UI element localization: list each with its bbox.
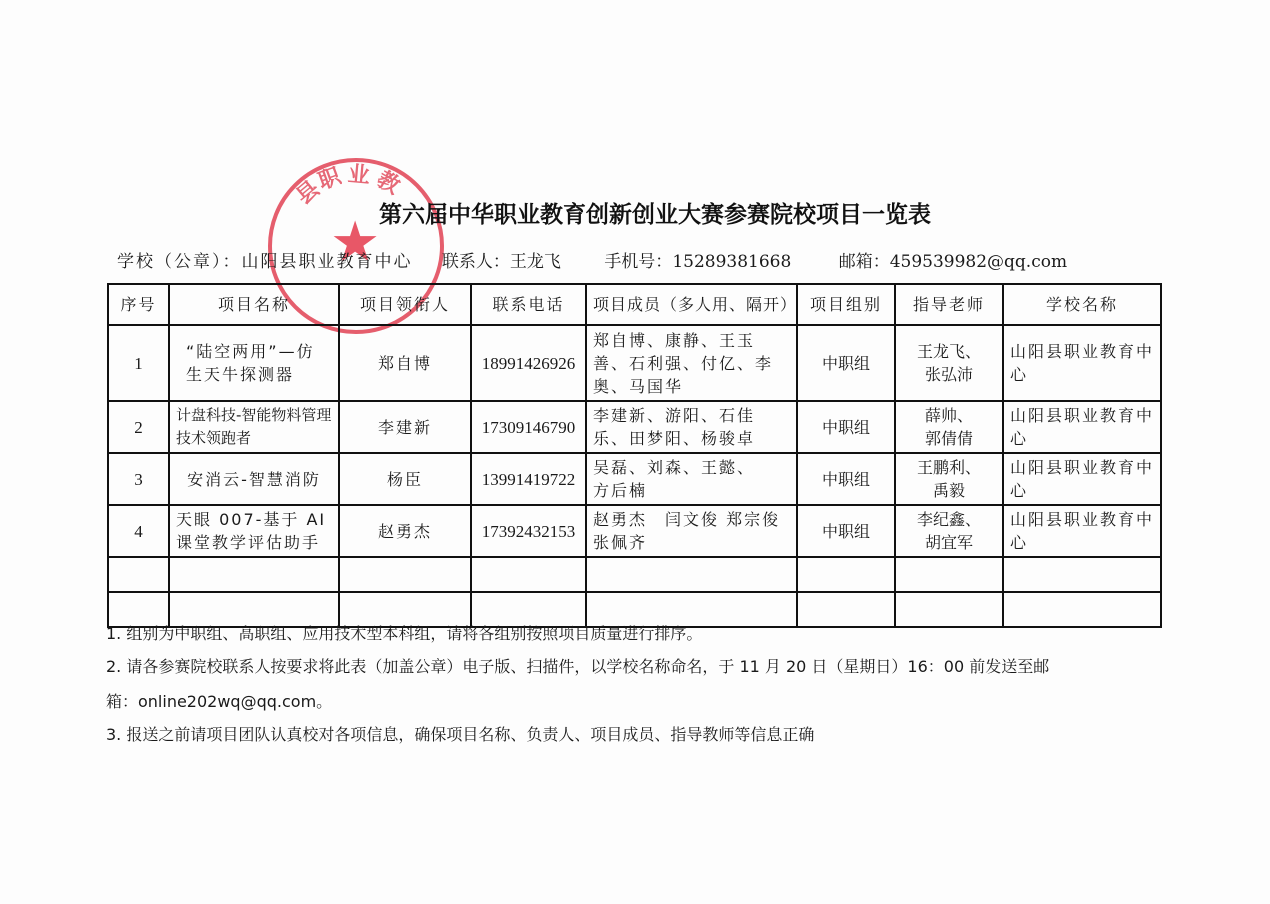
cell-advisors: 王鹏利、禹毅 [895, 453, 1003, 505]
header-index: 序号 [108, 284, 169, 325]
cell-index: 2 [108, 401, 169, 453]
empty-cell [471, 557, 586, 592]
cell-project-name: 安消云-智慧消防 [169, 453, 339, 505]
cell-phone: 13991419722 [471, 453, 586, 505]
header-project-name: 项目名称 [169, 284, 339, 325]
empty-cell [797, 557, 895, 592]
cell-members: 赵勇杰 闫文俊 郑宗俊 张佩齐 [586, 505, 797, 557]
cell-group: 中职组 [797, 505, 895, 557]
cell-advisors: 王龙飞、张弘沛 [895, 325, 1003, 401]
cell-school: 山阳县职业教育中心 [1003, 505, 1161, 557]
cell-group: 中职组 [797, 453, 895, 505]
cell-index: 1 [108, 325, 169, 401]
cell-index: 4 [108, 505, 169, 557]
cell-phone: 17309146790 [471, 401, 586, 453]
email-value: 459539982@qq.com [890, 252, 1067, 272]
phone-label: 手机号： [604, 247, 672, 272]
seal-char: 职 [313, 159, 344, 196]
note-1: 1. 组别为中职组、高职组、应用技术型本科组，请将各组别按照项目质量进行排序。 [106, 621, 702, 644]
table-header-row: 序号 项目名称 项目领衔人 联系电话 项目成员（多人用、隔开） 项目组别 指导老… [108, 284, 1161, 325]
empty-cell [586, 557, 797, 592]
school-info-line: 学校（公章）：山阳县职业教育中心 联系人：王龙飞 手机号：15289381668… [117, 247, 1067, 272]
school-label: 学校（公章）： [117, 247, 242, 272]
note-2-line-2: 箱：online202wq@qq.com。 [106, 689, 332, 712]
cell-members: 李建新、游阳、石佳乐、田梦阳、杨骏卓 [586, 401, 797, 453]
header-phone: 联系电话 [471, 284, 586, 325]
cell-members: 吴磊、刘森、王懿、方后楠 [586, 453, 797, 505]
table-row: 3 安消云-智慧消防 杨臣 13991419722 吴磊、刘森、王懿、方后楠 中… [108, 453, 1161, 505]
header-advisors: 指导老师 [895, 284, 1003, 325]
seal-char: 教 [372, 163, 407, 201]
empty-cell [108, 557, 169, 592]
table-row: 2 计盘科技-智能物料管理技术领跑者 李建新 17309146790 李建新、游… [108, 401, 1161, 453]
cell-leader: 郑自博 [339, 325, 471, 401]
header-group: 项目组别 [797, 284, 895, 325]
empty-cell [797, 592, 895, 627]
cell-group: 中职组 [797, 401, 895, 453]
phone-value: 15289381668 [672, 252, 791, 272]
contact-value: 王龙飞 [510, 247, 561, 272]
cell-project-name: “陆空两用”—仿生天牛探测器 [169, 325, 339, 401]
table-row: 1 “陆空两用”—仿生天牛探测器 郑自博 18991426926 郑自博、康静、… [108, 325, 1161, 401]
cell-project-name: 计盘科技-智能物料管理技术领跑者 [169, 401, 339, 453]
cell-school: 山阳县职业教育中心 [1003, 325, 1161, 401]
cell-phone: 18991426926 [471, 325, 586, 401]
cell-leader: 李建新 [339, 401, 471, 453]
header-members: 项目成员（多人用、隔开） [586, 284, 797, 325]
empty-cell [1003, 592, 1161, 627]
empty-cell [895, 557, 1003, 592]
header-school: 学校名称 [1003, 284, 1161, 325]
cell-index: 3 [108, 453, 169, 505]
cell-leader: 杨臣 [339, 453, 471, 505]
seal-char: 业 [347, 157, 372, 190]
note-3: 3. 报送之前请项目团队认真校对各项信息，确保项目名称、负责人、项目成员、指导教… [106, 722, 814, 745]
school-value: 山阳县职业教育中心 [242, 247, 413, 272]
table-row-empty [108, 557, 1161, 592]
document-page: ★ 县 职 业 教 第六届中华职业教育创新创业大赛参赛院校项目一览表 学校（公章… [0, 0, 1270, 904]
cell-phone: 17392432153 [471, 505, 586, 557]
cell-members: 郑自博、康静、王玉善、石利强、付亿、李奥、马国华 [586, 325, 797, 401]
cell-leader: 赵勇杰 [339, 505, 471, 557]
cell-group: 中职组 [797, 325, 895, 401]
project-table: 序号 项目名称 项目领衔人 联系电话 项目成员（多人用、隔开） 项目组别 指导老… [107, 283, 1162, 628]
empty-cell [169, 557, 339, 592]
cell-school: 山阳县职业教育中心 [1003, 453, 1161, 505]
contact-label: 联系人： [442, 247, 510, 272]
document-title: 第六届中华职业教育创新创业大赛参赛院校项目一览表 [0, 196, 1270, 229]
empty-cell [895, 592, 1003, 627]
cell-advisors: 李纪鑫、胡宜军 [895, 505, 1003, 557]
cell-advisors: 薛帅、郭倩倩 [895, 401, 1003, 453]
header-leader: 项目领衔人 [339, 284, 471, 325]
note-2-line-1: 2. 请各参赛院校联系人按要求将此表（加盖公章）电子版、扫描件，以学校名称命名，… [106, 654, 1049, 677]
email-label: 邮箱： [839, 247, 890, 272]
table-row: 4 天眼 007-基于 AI 课堂教学评估助手 赵勇杰 17392432153 … [108, 505, 1161, 557]
cell-project-name: 天眼 007-基于 AI 课堂教学评估助手 [169, 505, 339, 557]
empty-cell [339, 557, 471, 592]
empty-cell [1003, 557, 1161, 592]
cell-school: 山阳县职业教育中心 [1003, 401, 1161, 453]
